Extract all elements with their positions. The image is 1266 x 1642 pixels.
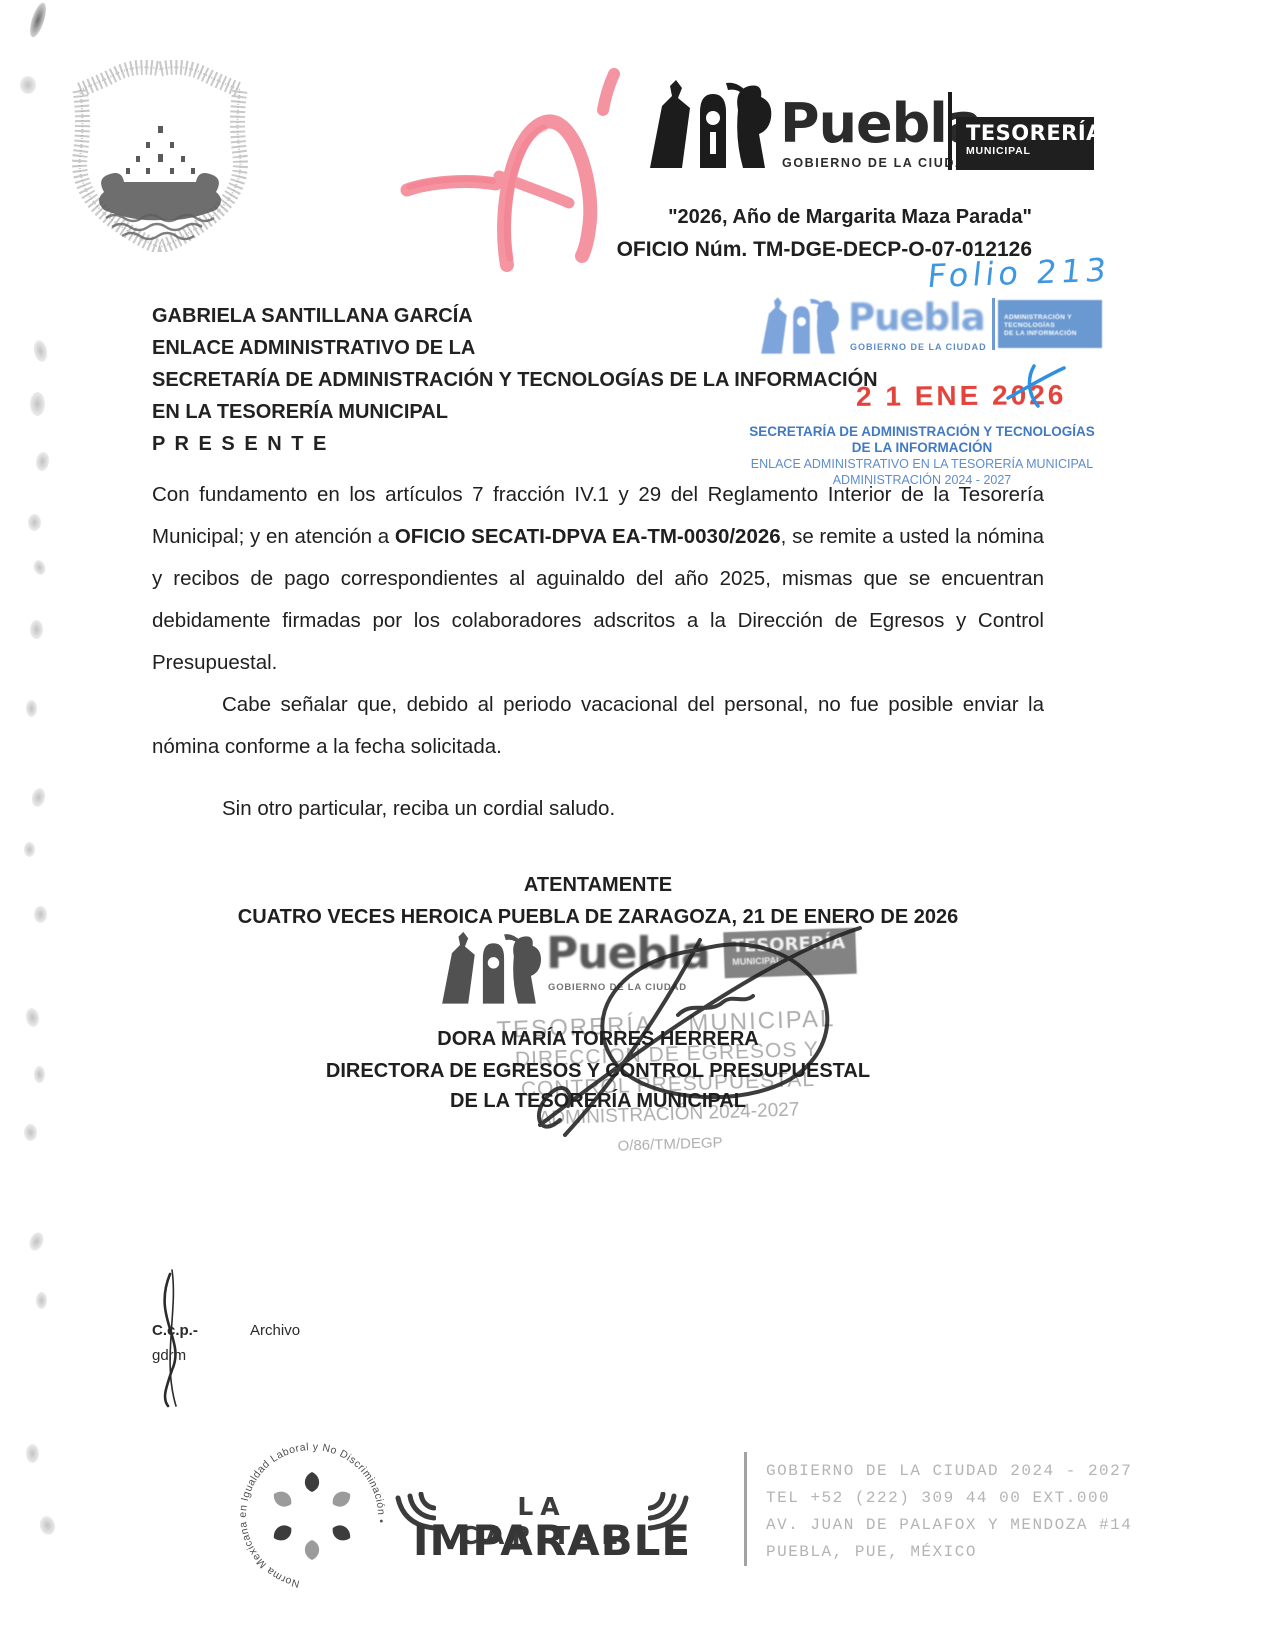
seal-center-figures — [270, 1472, 353, 1560]
body-paragraphs: Con fundamento en los artículos 7 fracci… — [152, 474, 1044, 768]
paragraph-1: Con fundamento en los artículos 7 fracci… — [152, 474, 1044, 684]
scan-noise — [32, 559, 47, 577]
closing-line: Sin otro particular, reciba un cordial s… — [152, 797, 1114, 821]
signatory-name: DORA MARÍA TORRES HERRERA — [152, 1028, 1044, 1051]
signatory-title-1: DIRECTORA DE EGRESOS Y CONTROL PRESUPUES… — [152, 1060, 1044, 1083]
received-stamp-box-line1: ADMINISTRACIÓN Y TECNOLOGÍAS — [1004, 314, 1102, 330]
scan-noise — [28, 514, 41, 531]
received-stamp-caption-line: SECRETARÍA DE ADMINISTRACIÓN Y TECNOLOGÍ… — [742, 424, 1102, 440]
scan-noise — [26, 1444, 39, 1463]
ccp-value: Archivo — [250, 1322, 300, 1339]
scanned-oficio-page: Puebla GOBIERNO DE LA CIUDAD TESORERÍA M… — [0, 0, 1266, 1642]
received-stamp-box: ADMINISTRACIÓN Y TECNOLOGÍAS DE LA INFOR… — [998, 300, 1102, 348]
logo-divider — [948, 92, 952, 170]
tesoreria-box-line1: TESORERÍA — [966, 121, 1094, 145]
scan-noise — [30, 787, 47, 809]
la-capital-imparable-logo: LA CAPITAL IMPARABLE — [392, 1462, 692, 1562]
scan-noise — [30, 392, 45, 416]
paragraph-2: Cabe señalar que, debido al periodo vaca… — [152, 684, 1044, 768]
footer-address-line: TEL +52 (222) 309 44 00 EXT.000 — [766, 1485, 1206, 1512]
scan-noise — [36, 1292, 47, 1309]
puebla-logo-glyphs-icon — [640, 78, 775, 178]
scan-noise — [34, 1066, 45, 1083]
scan-noise — [27, 1, 50, 39]
scan-noise — [35, 451, 51, 472]
received-stamp-caption-line: ENLACE ADMINISTRATIVO EN LA TESORERÍA MU… — [742, 456, 1102, 472]
footer-address-line: GOBIERNO DE LA CIUDAD 2024 - 2027 — [766, 1458, 1206, 1485]
tesoreria-box-line2: MUNICIPAL — [966, 145, 1094, 157]
received-stamp-box-line2: DE LA INFORMACIÓN — [1004, 330, 1102, 338]
addressee-name: GABRIELA SANTILLANA GARCÍA — [152, 300, 892, 332]
svg-text:Norma Mexicana en Igualdad Lab: Norma Mexicana en Igualdad Laboral y No … — [237, 1441, 387, 1590]
year-legend: "2026, Año de Margarita Maza Parada" — [400, 206, 1032, 229]
capital-line2: IMPARABLE — [412, 1516, 692, 1565]
addressee-line: SECRETARÍA DE ADMINISTRACIÓN Y TECNOLOGÍ… — [152, 364, 892, 396]
footer-address-line: PUEBLA, PUE, MÉXICO — [766, 1539, 1206, 1566]
scan-noise — [30, 620, 43, 639]
puebla-logo-header: Puebla GOBIERNO DE LA CIUDAD TESORERÍA M… — [640, 70, 1100, 185]
atentamente: ATENTAMENTE — [152, 874, 1044, 897]
equality-norm-seal-icon: Norma Mexicana en Igualdad Laboral y No … — [232, 1432, 392, 1596]
addressee-line: ENLACE ADMINISTRATIVO DE LA — [152, 332, 892, 364]
scan-noise — [20, 76, 36, 94]
folio-handwriting: Folio 213 — [926, 251, 1112, 295]
scan-noise — [38, 1514, 58, 1536]
received-stamp-divider — [992, 298, 995, 350]
p1-oficio-ref: OFICIO SECATI-DPVA EA-TM-0030/2026 — [395, 525, 781, 548]
seal-circular-text: Norma Mexicana en Igualdad Laboral y No … — [237, 1441, 387, 1590]
scan-noise — [26, 700, 37, 717]
scan-noise — [32, 339, 49, 363]
footer-divider — [744, 1452, 747, 1566]
received-stamp-caption-line: DE LA INFORMACIÓN — [742, 440, 1102, 456]
scan-noise — [24, 842, 35, 857]
scan-noise — [24, 1007, 40, 1028]
blue-pen-mark-icon — [1000, 360, 1072, 412]
signatory-title-2: DE LA TESORERÍA MUNICIPAL — [152, 1090, 1044, 1113]
tesoreria-box: TESORERÍA MUNICIPAL — [956, 117, 1094, 170]
pen-stroke-icon — [140, 1268, 210, 1412]
scan-noise — [27, 1230, 46, 1252]
puebla-coat-of-arms-icon — [66, 60, 254, 252]
scan-noise — [24, 1124, 37, 1141]
footer-address: GOBIERNO DE LA CIUDAD 2024 - 2027 TEL +5… — [766, 1458, 1206, 1566]
scan-noise — [34, 906, 47, 923]
footer-address-line: AV. JUAN DE PALAFOX Y MENDOZA #14 — [766, 1512, 1206, 1539]
